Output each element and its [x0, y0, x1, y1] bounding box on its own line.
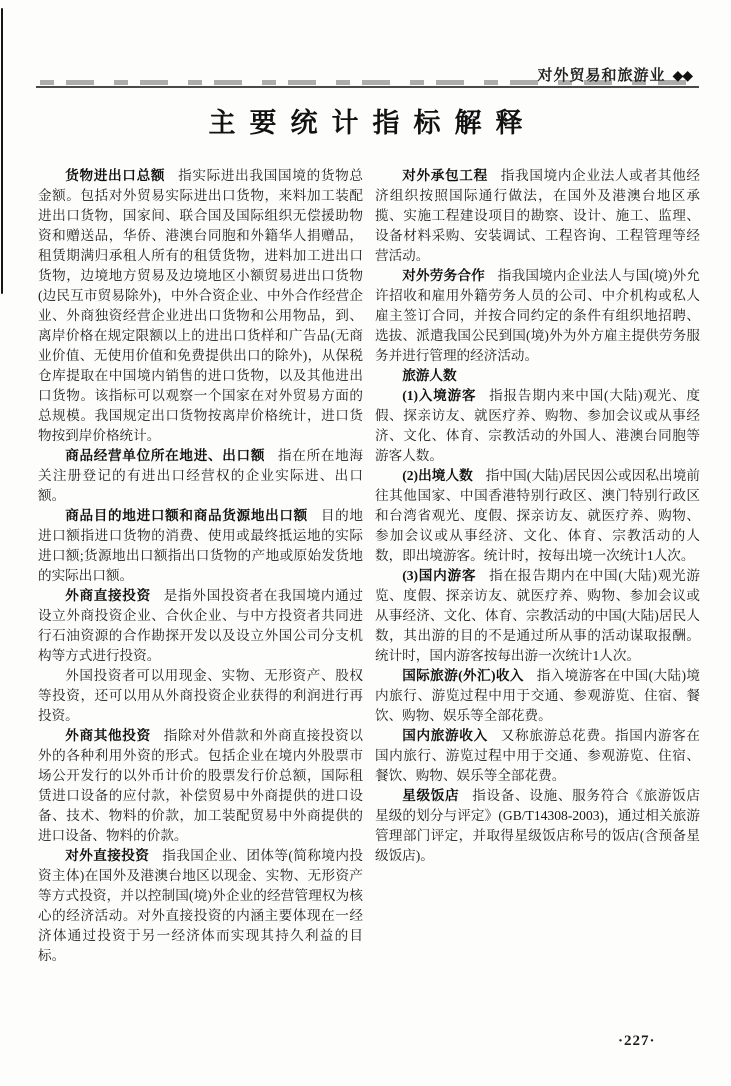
term-label: 外商直接投资: [65, 588, 151, 603]
term-label: 星级饭店: [402, 788, 459, 803]
definition-paragraph: 星级饭店指设备、设施、服务符合《旅游饭店星级的划分与评定》(GB/T14308-…: [375, 786, 700, 866]
content-columns: 货物进出口总额指实际进出我国国境的货物总金额。包括对外贸易实际进出口货物，来料加…: [38, 166, 700, 966]
term-label: 外商其他投资: [65, 728, 151, 743]
term-label: (2)出境人数: [402, 468, 473, 483]
definition-paragraph: 对外直接投资指我国企业、团体等(简称境内投资主体)在国外及港澳台地区以现金、实物…: [38, 846, 363, 966]
right-column: 对外承包工程指我国境内企业法人或者其他经济组织按照国际通行做法，在国外及港澳台地…: [375, 166, 700, 966]
term-label: 国际旅游(外汇)收入: [402, 668, 524, 683]
definition-paragraph: 货物进出口总额指实际进出我国国境的货物总金额。包括对外贸易实际进出口货物，来料加…: [38, 166, 363, 446]
definition-paragraph: 对外承包工程指我国境内企业法人或者其他经济组织按照国际通行做法，在国外及港澳台地…: [375, 166, 700, 266]
definition-paragraph: 外商直接投资是指外国投资者在我国境内通过设立外商投资企业、合伙企业、与中方投资者…: [38, 586, 363, 666]
definition-paragraph: 外国投资者可以用现金、实物、无形资产、股权等投资，还可以用从外商投资企业获得的利…: [38, 666, 363, 726]
term-label: 国内旅游收入: [402, 728, 488, 743]
definition-paragraph: 国内旅游收入又称旅游总花费。指国内游客在国内旅行、游览过程中用于交通、参观游览、…: [375, 726, 700, 786]
scanned-yearbook-page: 对外贸易和旅游业 ◆◆ 主要统计指标解释 货物进出口总额指实际进出我国国境的货物…: [0, 0, 731, 1086]
definition-paragraph: 国际旅游(外汇)收入指入境游客在中国(大陆)境内旅行、游览过程中用于交通、参观游…: [375, 666, 700, 726]
term-label: 对外直接投资: [65, 848, 149, 863]
term-label: (3)国内游客: [402, 568, 476, 583]
definition-paragraph: 商品经营单位所在地进、出口额指在所在地海关注册登记的有进出口经营权的企业实际进、…: [38, 446, 363, 506]
page-title: 主要统计指标解释: [0, 101, 731, 140]
scan-edge-artifact: [1, 8, 3, 294]
term-label: 对外劳务合作: [402, 268, 485, 283]
definition-paragraph: (3)国内游客指在报告期内在中国(大陆)观光游览、度假、探亲访友、就医疗养、购物…: [375, 566, 700, 666]
header-rule: [36, 86, 699, 88]
term-label: 商品经营单位所在地进、出口额: [65, 448, 265, 463]
term-label: 货物进出口总额: [65, 168, 165, 183]
term-label: 对外承包工程: [402, 168, 488, 183]
definition-paragraph: (2)出境人数指中国(大陆)居民因公或因私出境前往其他国家、中国香港特别行政区、…: [375, 466, 700, 566]
definition-paragraph: 商品目的地进口额和商品货源地出口额目的地进口额指进口货物的消费、使用或最终抵运地…: [38, 506, 363, 586]
definition-paragraph: 对外劳务合作指我国境内企业法人与国(境)外允许招收和雇用外籍劳务人员的公司、中介…: [375, 266, 700, 366]
term-label: (1)入境游客: [402, 388, 476, 403]
definition-text: 指实际进出我国国境的货物总金额。包括对外贸易实际进出口货物，来料加工装配进出口货…: [38, 168, 363, 443]
definition-text: 指除对外借款和外商直接投资以外的各种利用外资的形式。包括企业在境内外股票市场公开…: [38, 728, 363, 843]
definition-paragraph: 外商其他投资指除对外借款和外商直接投资以外的各种利用外资的形式。包括企业在境内外…: [38, 726, 363, 846]
left-column: 货物进出口总额指实际进出我国国境的货物总金额。包括对外贸易实际进出口货物，来料加…: [38, 166, 363, 966]
definition-paragraph: 旅游人数: [375, 366, 700, 386]
definition-text: 指我国企业、团体等(简称境内投资主体)在国外及港澳台地区以现金、实物、无形资产等…: [38, 848, 363, 963]
scan-smudge-artifact: [40, 80, 691, 85]
term-label: 旅游人数: [402, 368, 456, 383]
page-number: ·227·: [618, 1033, 656, 1050]
term-label: 商品目的地进口额和商品货源地出口额: [65, 508, 308, 523]
definition-text: 外国投资者可以用现金、实物、无形资产、股权等投资，还可以用从外商投资企业获得的利…: [38, 668, 363, 723]
definition-paragraph: (1)入境游客指报告期内来中国(大陆)观光、度假、探亲访友、就医疗养、购物、参加…: [375, 386, 700, 466]
